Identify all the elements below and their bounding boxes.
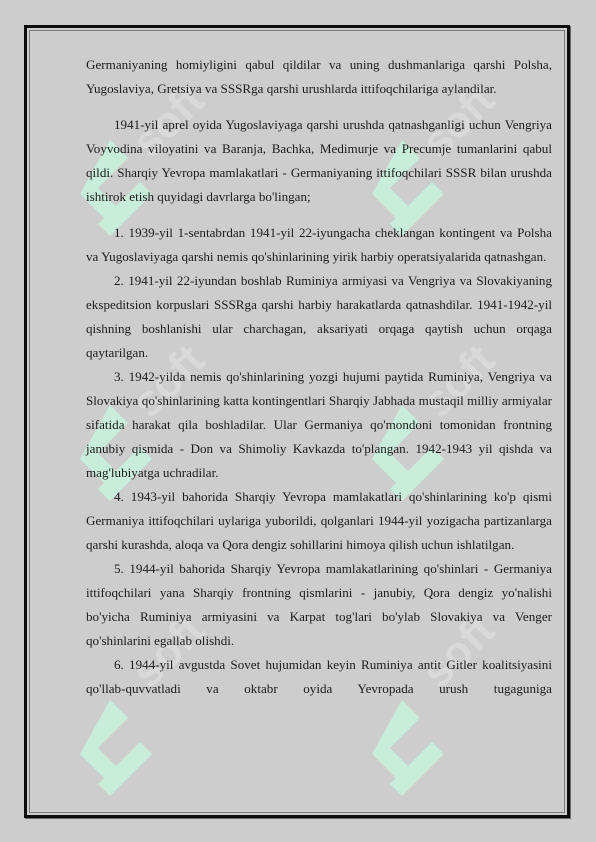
list-item-5: 5. 1944-yil bahorida Sharqiy Yevropa mam…	[86, 557, 552, 653]
document-page: soft Germaniyaning homiyligini qabul qil…	[0, 0, 596, 842]
list-item-6: 6. 1944-yil avgustda Sovet hujumidan key…	[86, 653, 552, 701]
list-item-4: 4. 1943-yil bahorida Sharqiy Yevropa mam…	[86, 485, 552, 557]
list-item-3: 3. 1942-yilda nemis qo'shinlarining yozg…	[86, 365, 552, 485]
paragraph-continuation: Germaniyaning homiyligini qabul qildilar…	[86, 53, 552, 101]
document-body: Germaniyaning homiyligini qabul qildilar…	[86, 53, 552, 701]
paragraph-intro: 1941-yil aprel oyida Yugoslaviyaga qarsh…	[86, 113, 552, 209]
list-item-1: 1. 1939-yil 1-sentabrdan 1941-yil 22-iyu…	[86, 221, 552, 269]
list-item-2: 2. 1941-yil 22-iyundan boshlab Ruminiya …	[86, 269, 552, 365]
